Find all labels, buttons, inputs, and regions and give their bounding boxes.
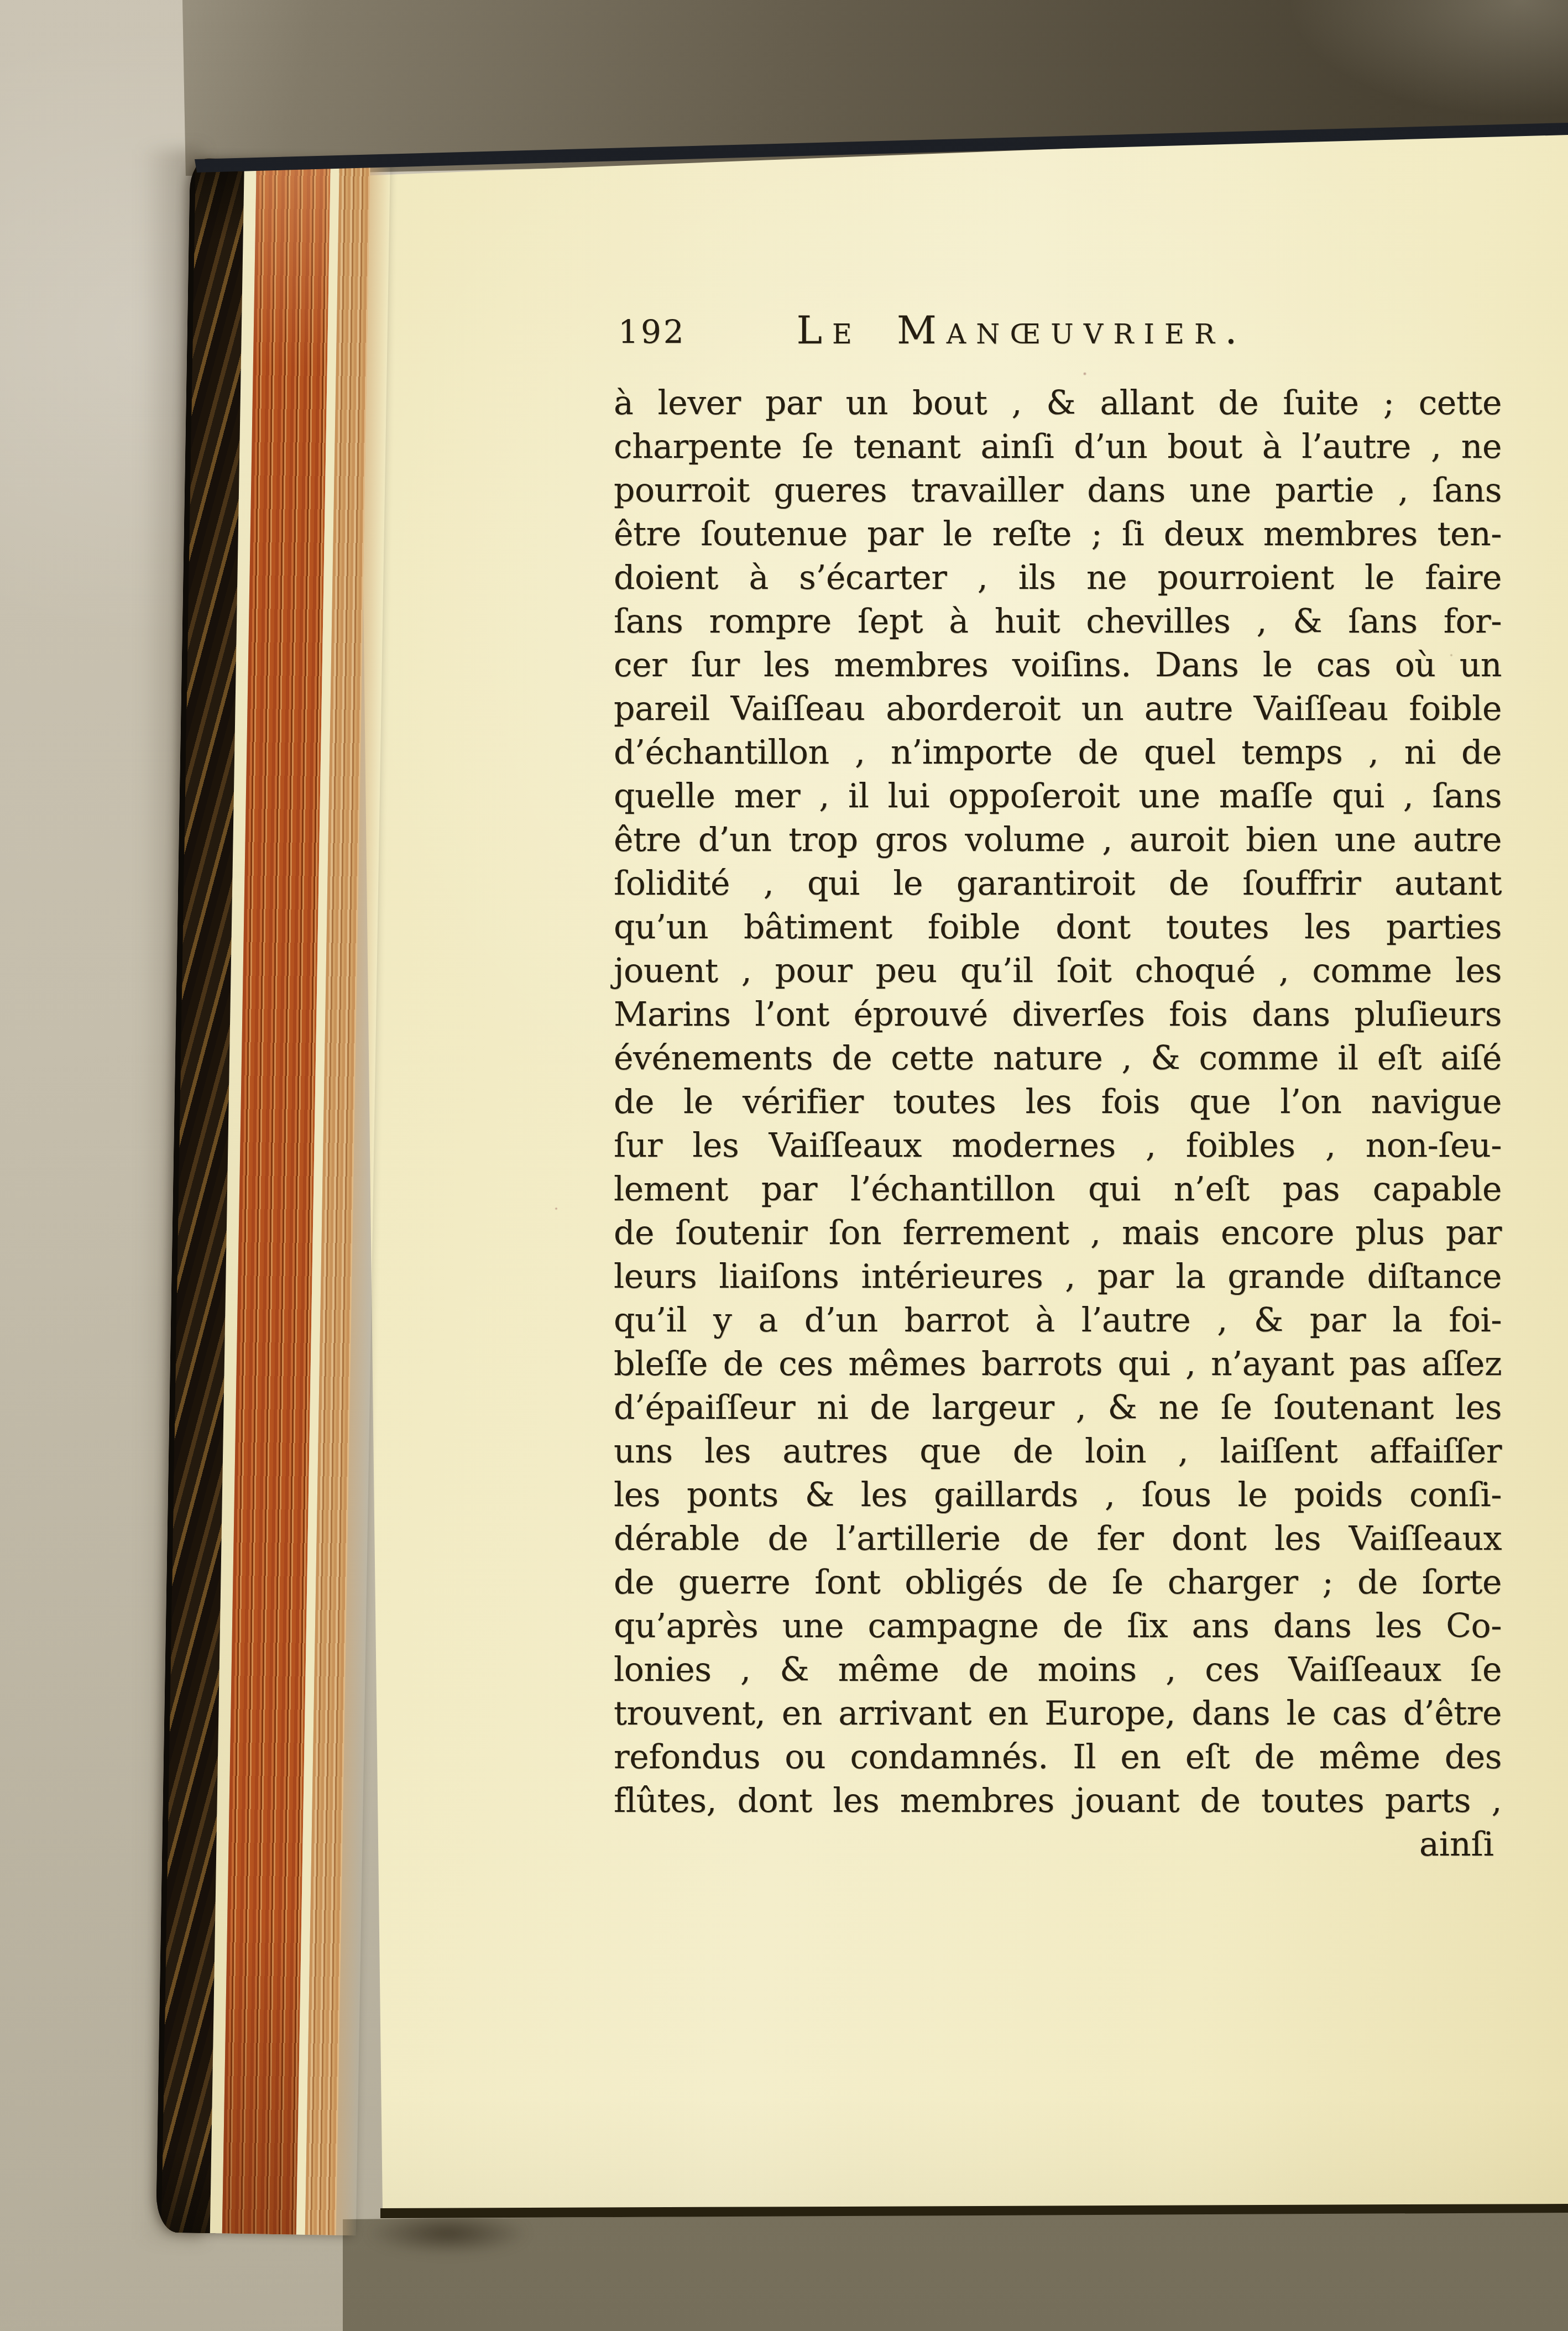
text-line: jouent , pour peu qu’il ſoit choqué , co…: [614, 949, 1502, 993]
running-title: Le Manœuvrier.: [614, 307, 1430, 353]
text-line: refondus ou condamnés. Il en eſt de même…: [614, 1736, 1502, 1779]
text-line: les ponts & les gaillards , ſous le poid…: [614, 1473, 1502, 1517]
book-photo-scene: 192 Le Manœuvrier. à lever par un bout ,…: [0, 0, 1568, 2331]
catchword: ainſi: [1419, 1825, 1494, 1864]
text-line: bleſſe de ces mêmes barrots qui , n’ayan…: [614, 1342, 1502, 1386]
text-line: lonies , & même de moins , ces Vaiſſeaux…: [614, 1648, 1502, 1692]
text-line: dérable de l’artillerie de fer dont les …: [614, 1517, 1502, 1561]
text-line: qu’après une campagne de ſix ans dans le…: [614, 1604, 1502, 1648]
book-corner-shadow: [332, 2209, 564, 2270]
text-line: ſolidité , qui le garantiroit de ſouffri…: [614, 862, 1502, 906]
text-line: de ſoutenir ſon ferrement , mais encore …: [614, 1211, 1502, 1255]
body-text: à lever par un bout , & allant de ſuite …: [614, 381, 1502, 1823]
book-left-edge: [156, 158, 390, 2235]
text-line: être ſoutenue par le reſte ; ſi deux mem…: [614, 513, 1502, 556]
text-line: pourroit gueres travailler dans une part…: [614, 469, 1502, 513]
text-line: qu’il y a d’un barrot à l’autre , & par …: [614, 1299, 1502, 1342]
text-line: d’échantillon , n’importe de quel temps …: [614, 731, 1502, 775]
page-text: 192 Le Manœuvrier. à lever par un bout ,…: [614, 307, 1502, 1867]
text-line: leurs liaiſons intérieures , par la gran…: [614, 1255, 1502, 1299]
text-line: lement par l’échantillon qui n’eſt pas c…: [614, 1168, 1502, 1211]
text-line: doient à s’écarter , ils ne pourroient l…: [614, 556, 1502, 600]
text-line: Marins l’ont éprouvé diverſes fois dans …: [614, 993, 1502, 1037]
text-line: trouvent, en arrivant en Europe, dans le…: [614, 1692, 1502, 1736]
page-header: 192 Le Manœuvrier.: [614, 307, 1502, 356]
text-line: événements de cette nature , & comme il …: [614, 1037, 1502, 1080]
text-line: quelle mer , il lui oppoſeroit une maſſe…: [614, 775, 1502, 818]
text-line: ſur les Vaiſſeaux modernes , foibles , n…: [614, 1124, 1502, 1168]
text-line: cer ſur les membres voiſins. Dans le cas…: [614, 644, 1502, 687]
text-line: charpente ſe tenant ainſi d’un bout à l’…: [614, 425, 1502, 469]
text-line: uns les autres que de loin , laiſſent af…: [614, 1430, 1502, 1473]
catchword-row: ainſi: [614, 1823, 1502, 1867]
text-line: pareil Vaiſſeau aborderoit un autre Vaiſ…: [614, 687, 1502, 731]
text-line: flûtes, dont les membres jouant de toute…: [614, 1779, 1502, 1823]
text-line: qu’un bâtiment foible dont toutes les pa…: [614, 906, 1502, 949]
text-line: être d’un trop gros volume , auroit bien…: [614, 818, 1502, 862]
text-line: à lever par un bout , & allant de ſuite …: [614, 381, 1502, 425]
text-line: de guerre ſont obligés de ſe charger ; d…: [614, 1561, 1502, 1604]
text-line: d’épaiſſeur ni de largeur , & ne ſe ſout…: [614, 1386, 1502, 1430]
text-line: de le vérifier toutes les fois que l’on …: [614, 1080, 1502, 1124]
text-line: ſans rompre ſept à huit chevilles , & ſa…: [614, 600, 1502, 644]
